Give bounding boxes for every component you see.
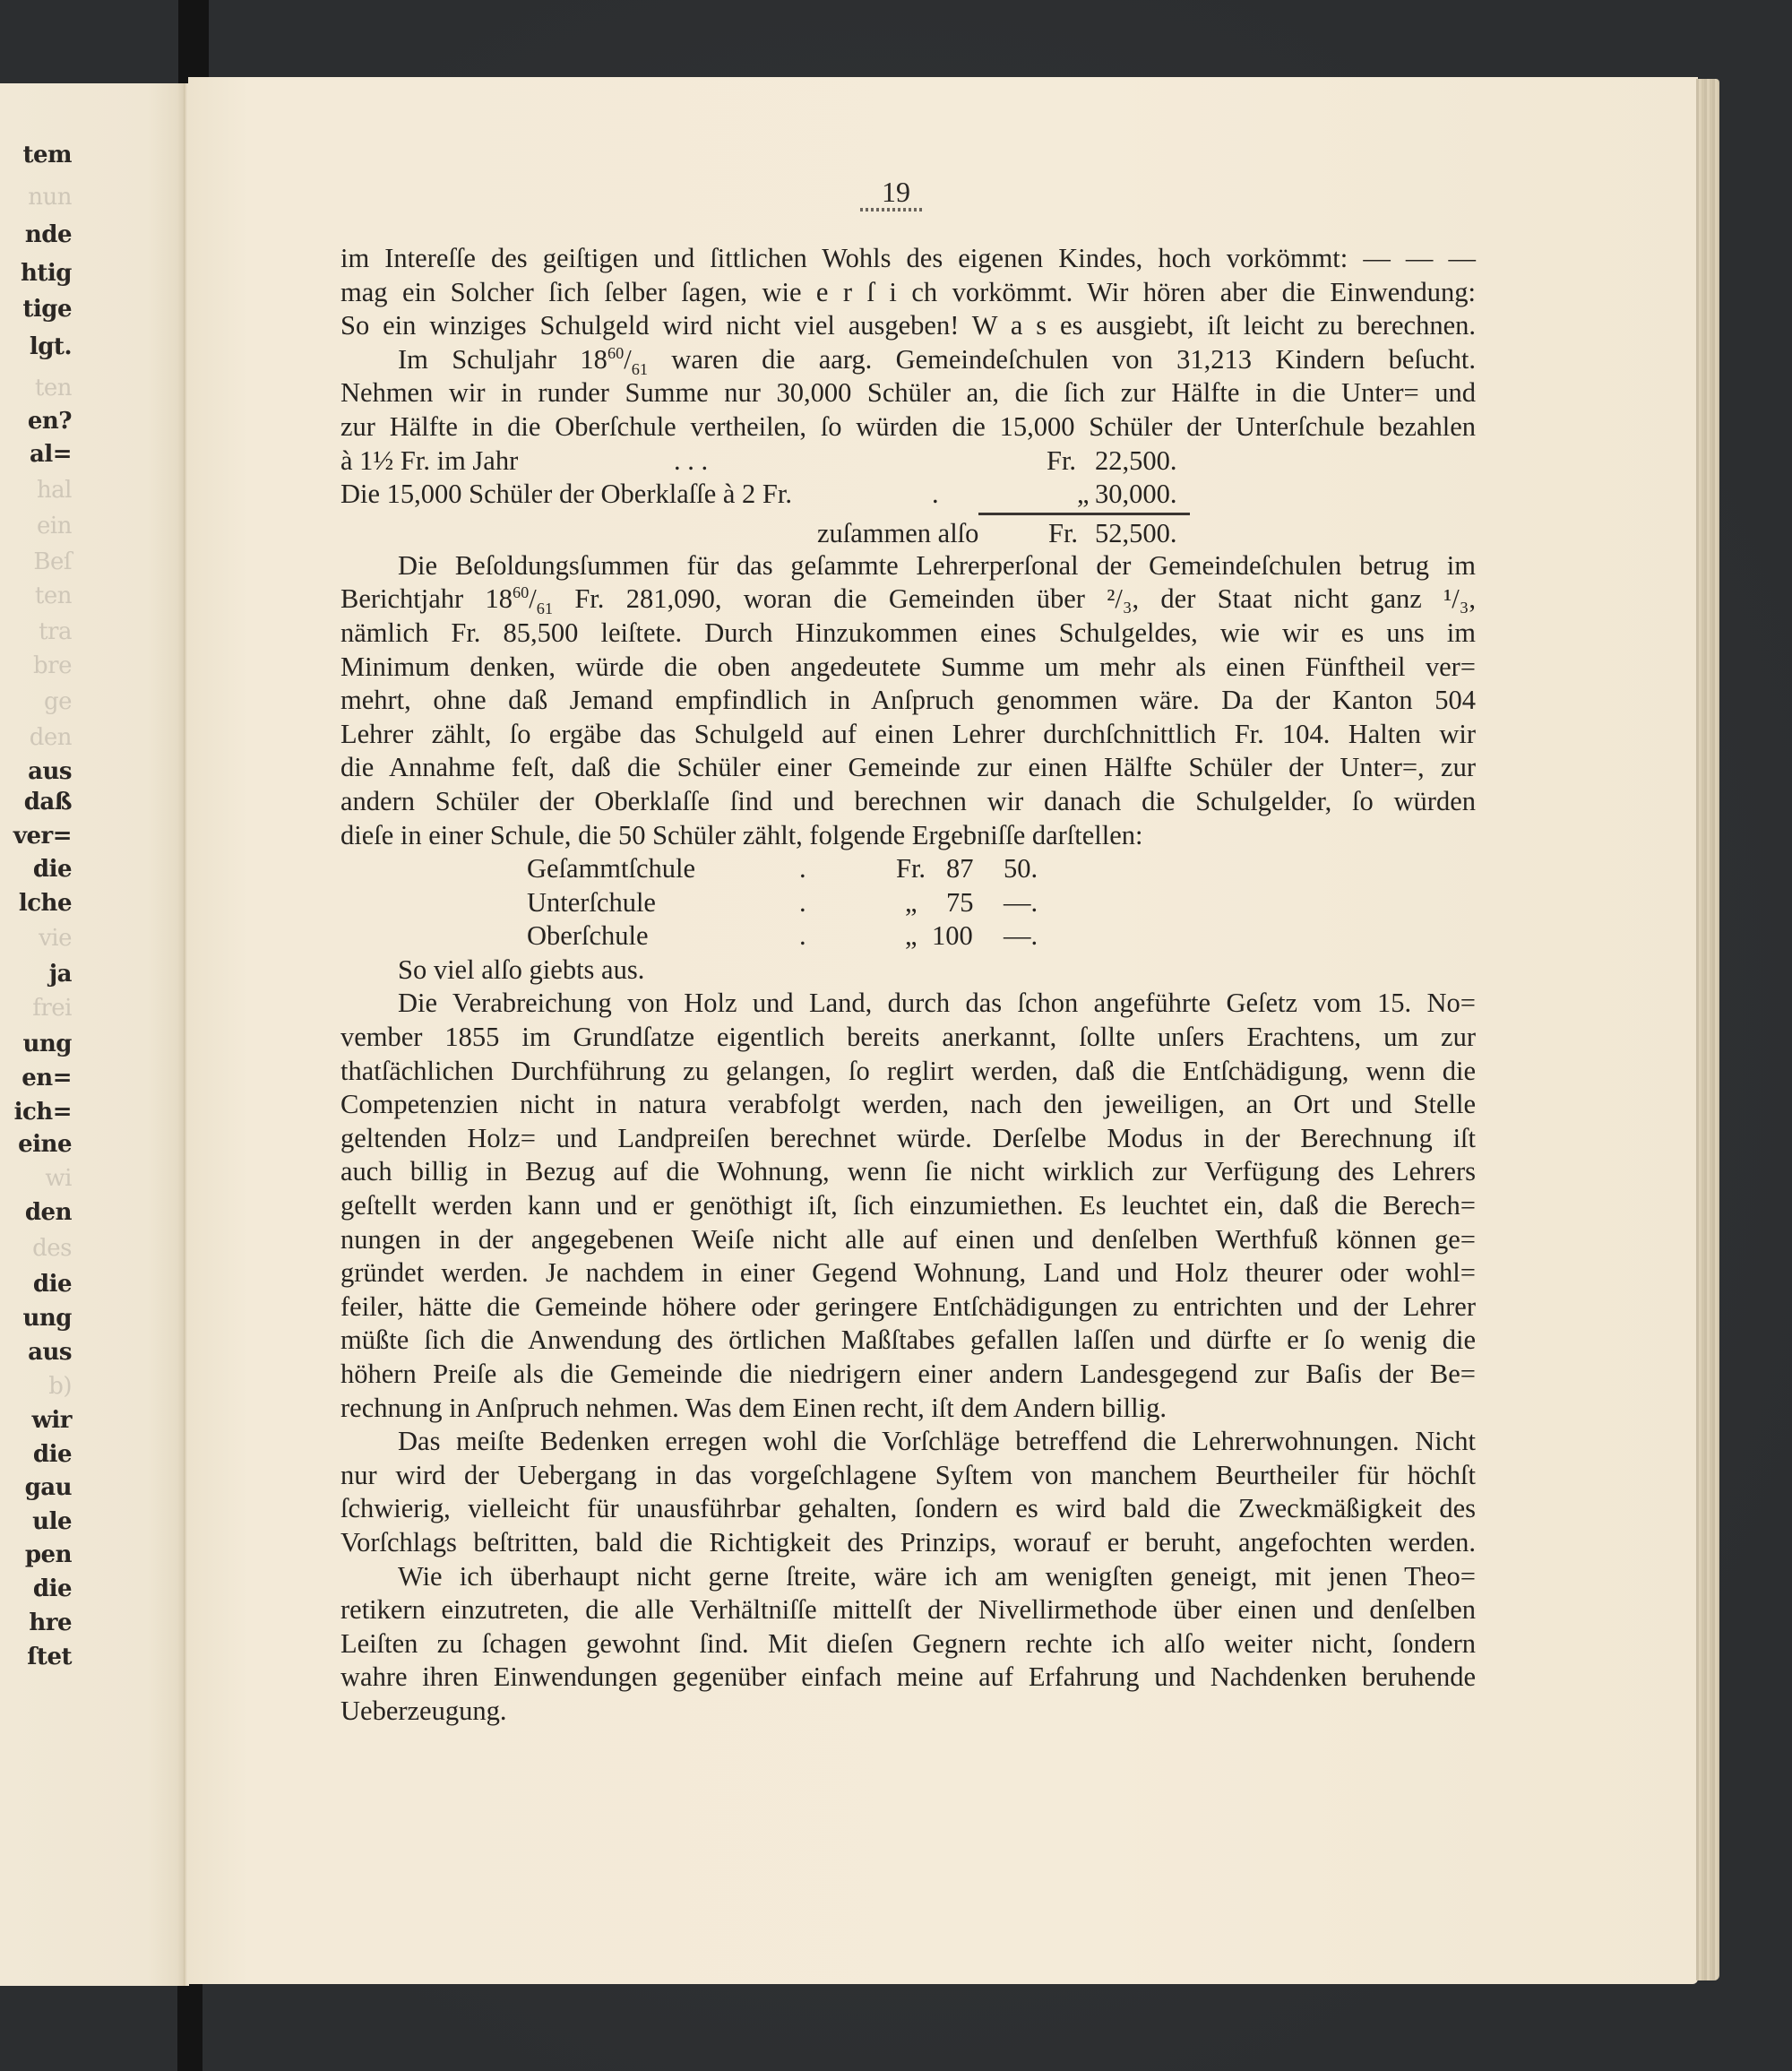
text-line: Berichtjahr 1860/61 Fr. 281,090, woran d… [340, 582, 1476, 617]
text-line: Wie ich überhaupt nicht gerne ſtreite, w… [340, 1560, 1476, 1594]
text-line: müßte ſich die Anwendung des örtlichen M… [340, 1324, 1476, 1358]
text-line: Vorſchlags beſtritten, bald die Richtigk… [340, 1526, 1476, 1560]
previous-page: temnunndehtigtigelgt.tenen?al=haleinBeſt… [0, 83, 185, 1986]
fee-cents: 50. [1004, 852, 1038, 886]
previous-page-fragment: ule [32, 1508, 72, 1535]
text-line: Das meiſte Bedenken erregen wohl die Vor… [340, 1425, 1476, 1459]
previous-page-fragment: ge [44, 688, 72, 715]
text-line: Leiſten zu ſchagen gewohnt ſind. Mit die… [340, 1627, 1476, 1661]
previous-page-fragment: pen [25, 1541, 72, 1568]
text-run: / [529, 583, 536, 614]
calculation-amount: 22,500. [1095, 444, 1177, 479]
previous-page-fragment: nun [28, 184, 72, 211]
previous-page-fragment: gau [25, 1474, 72, 1501]
tuition-calculation: à 1½ Fr. im Jahr . . . Fr. 22,500. Die 1… [340, 444, 1476, 549]
previous-page-fragment: vie [39, 925, 72, 952]
sum-rule [978, 513, 1190, 515]
previous-page-fragment: die [33, 1271, 72, 1298]
text-run: , der Staat nicht ganz [1132, 583, 1443, 614]
paragraph-2: Im Schuljahr 1860/61 waren die aarg. Gem… [340, 343, 1476, 444]
fee-table-row: Geſammtſchule . Fr. 87 50. [340, 852, 1476, 886]
leader-dot: . [799, 852, 806, 886]
total-currency: Fr. [1048, 517, 1078, 551]
text-line: Competenzien nicht in natura verabfolgt … [340, 1088, 1476, 1122]
previous-page-fragment: daß [24, 789, 72, 815]
text-run: Fr. 281,090, woran die Gemeinden über [553, 583, 1107, 614]
text-line: ſchwierig, vielleicht für unausführbar g… [340, 1492, 1476, 1526]
previous-page-text-fragments: temnunndehtigtigelgt.tenen?al=haleinBeſt… [0, 83, 45, 1986]
calculation-currency: Fr. [1047, 444, 1076, 479]
previous-page-fragment: ja [49, 961, 72, 988]
text-line: vember 1855 im Grundſatze eigentlich ber… [340, 1021, 1476, 1055]
previous-page-fragment: en? [28, 408, 72, 435]
total-label: zuſammen alſo [817, 517, 978, 551]
text-line: zur Hälfte in die Oberſchule vertheilen,… [340, 410, 1476, 444]
calculation-amount: 30,000. [1095, 478, 1177, 512]
calculation-currency: „ [1077, 478, 1090, 512]
previous-page-fragment: b) [48, 1373, 72, 1400]
fee-cents: —. [1004, 886, 1038, 920]
superscript: 60 [513, 583, 529, 601]
subscript: 61 [632, 360, 648, 378]
previous-page-fragment: ver= [13, 823, 72, 850]
text-line: im Intereſſe des geiſtigen und ſittliche… [340, 242, 1476, 276]
text-line: höhern Preiſe als die Gemeinde die niedr… [340, 1358, 1476, 1392]
leader-dot: . [799, 919, 806, 954]
text-line: die Annahme feſt, daß die Schüler einer … [340, 751, 1476, 785]
text-line: mehrt, ohne daß Jemand empfindlich in An… [340, 684, 1476, 718]
previous-page-fragment: des [32, 1235, 72, 1262]
text-line: wahre ihren Einwendungen gegenüber einfa… [340, 1661, 1476, 1695]
fee-table-row: Oberſchule . „ 100 —. [340, 919, 1476, 954]
school-fee-table: Geſammtſchule . Fr. 87 50. Unterſchule .… [340, 852, 1476, 987]
superscript: 60 [607, 344, 624, 362]
previous-page-fragment: al= [30, 441, 72, 468]
previous-page-fragment: frei [32, 995, 72, 1022]
text-line: Im Schuljahr 1860/61 waren die aarg. Gem… [340, 343, 1476, 377]
previous-page-fragment: htig [21, 260, 72, 287]
text-line: geſtellt werden kann und er genöthigt iſ… [340, 1189, 1476, 1223]
previous-page-fragment: tige [22, 296, 72, 323]
fee-cents: —. [1004, 919, 1038, 954]
text-line: So viel alſo giebts aus. [340, 954, 1476, 988]
school-type: Oberſchule [527, 919, 649, 954]
text-run: waren die aarg. Gemeindeſchulen von 31,2… [648, 344, 1476, 375]
previous-page-fragment: den [25, 1199, 72, 1226]
previous-page-fragment: tem [22, 142, 72, 168]
text-line: nungen in der angegebenen Weiſe nicht al… [340, 1223, 1476, 1257]
previous-page-fragment: en= [22, 1065, 72, 1092]
calculation-row: à 1½ Fr. im Jahr . . . Fr. 22,500. [340, 444, 1476, 479]
text-line: mag ein Solcher ſich ſelber ſagen, wie e… [340, 276, 1476, 310]
text-line: Minimum denken, würde die oben angedeute… [340, 651, 1476, 685]
previous-page-fragment: lche [19, 890, 72, 917]
leader-dot: . [799, 886, 806, 920]
previous-page-fragment: tra [39, 618, 72, 645]
text-line: Lehrer zählt, ſo ergäbe das Schulgeld au… [340, 718, 1476, 752]
text-line: nur wird der Uebergang in das vorgeſchla… [340, 1459, 1476, 1493]
calculation-row: Die 15,000 Schüler der Oberklaſſe à 2 Fr… [340, 478, 1476, 512]
calculation-label: à 1½ Fr. im Jahr [340, 444, 518, 479]
previous-page-fragment: lgt. [30, 333, 72, 360]
text-run: Im Schuljahr 18 [398, 344, 607, 375]
text-run: Berichtjahr 18 [340, 583, 513, 614]
paragraph-3: Die Beſoldungsſummen für das geſammte Le… [340, 549, 1476, 852]
previous-page-fragment: ein [37, 513, 72, 539]
previous-page-fragment: ten [35, 375, 72, 401]
text-line: thatſächlichen Durchführung zu gelangen,… [340, 1055, 1476, 1089]
page-block-edges [1696, 79, 1719, 1980]
book-spine-bottom [177, 1982, 202, 2071]
page-number: 19 [865, 176, 927, 209]
previous-page-fragment: wir [32, 1407, 72, 1434]
text-line: So ein winziges Schulgeld wird nicht vie… [340, 309, 1476, 343]
fee-currency: „ [905, 919, 918, 954]
previous-page-fragment: eine [18, 1131, 72, 1158]
previous-page-fragment: ſtet [27, 1644, 72, 1670]
calculation-leader-dots: . . . [674, 444, 708, 479]
fee-currency: „ [905, 886, 918, 920]
school-type: Unterſchule [527, 886, 656, 920]
fee-francs: 100 [932, 919, 973, 954]
paragraph-4: Die Verabreichung von Holz und Land, dur… [340, 987, 1476, 1425]
previous-page-fragment: den [30, 724, 72, 751]
book-spine-top [178, 0, 209, 88]
text-line: Die Verabreichung von Holz und Land, dur… [340, 987, 1476, 1021]
text-line: Nehmen wir in runder Summe nur 30,000 Sc… [340, 376, 1476, 410]
page-number-ornament [860, 208, 923, 211]
text-line: gründet werden. Je nachdem in einer Gege… [340, 1256, 1476, 1290]
fee-table-row: Unterſchule . „ 75 —. [340, 886, 1476, 920]
previous-page-fragment: die [33, 1441, 72, 1468]
text-line: Die Beſoldungsſummen für das geſammte Le… [340, 549, 1476, 583]
fee-currency: Fr. [896, 852, 926, 886]
previous-page-fragment: die [33, 1575, 72, 1602]
previous-page-fragment: ten [35, 582, 72, 609]
fee-francs: 87 [946, 852, 974, 886]
paragraph-1: im Intereſſe des geiſtigen und ſittliche… [340, 242, 1476, 343]
previous-page-fragment: ung [23, 1031, 73, 1057]
text-line: auch billig in Bezug auf die Wohnung, we… [340, 1155, 1476, 1189]
previous-page-fragment: die [33, 856, 72, 883]
calculation-leader-dots: . [932, 478, 939, 512]
fee-francs: 75 [946, 886, 974, 920]
calculation-label: Die 15,000 Schüler der Oberklaſſe à 2 Fr… [340, 478, 792, 512]
text-run: / [624, 344, 631, 375]
previous-page-fragment: ich= [14, 1099, 72, 1126]
calculation-total-row: zuſammen alſo Fr. 52,500. [340, 512, 1476, 549]
fraction: ²/₃ [1107, 583, 1132, 614]
previous-page-fragment: ung [23, 1305, 73, 1332]
text-line: andern Schüler der Oberklaſſe ſind und b… [340, 785, 1476, 819]
text-line: rechnung in Anſpruch nehmen. Was dem Ein… [340, 1392, 1476, 1426]
previous-page-fragment: hre [29, 1609, 72, 1636]
fraction: ¹/₃, [1443, 583, 1476, 614]
previous-page-fragment: wi [45, 1165, 72, 1192]
text-line: geltenden Holz= und Landpreiſen berechne… [340, 1122, 1476, 1156]
text-line: feiler, hätte die Gemeinde höhere oder g… [340, 1290, 1476, 1325]
text-line: nämlich Fr. 85,500 leiſtete. Durch Hinzu… [340, 617, 1476, 651]
text-line: dieſe in einer Schule, die 50 Schüler zä… [340, 819, 1476, 853]
previous-page-fragment: bre [33, 652, 72, 679]
total-amount: 52,500. [1095, 517, 1177, 551]
subscript: 61 [537, 600, 553, 617]
previous-page-fragment: aus [28, 758, 72, 785]
page-body: im Intereſſe des geiſtigen und ſittliche… [340, 242, 1476, 1729]
school-type: Geſammtſchule [527, 852, 695, 886]
paragraph-6: Wie ich überhaupt nicht gerne ſtreite, w… [340, 1560, 1476, 1729]
paragraph-5: Das meiſte Bedenken erregen wohl die Vor… [340, 1425, 1476, 1559]
previous-page-fragment: nde [25, 221, 72, 248]
previous-page-fragment: Beſ [33, 548, 72, 575]
text-line: retikern einzutreten, die alle Verhältni… [340, 1593, 1476, 1627]
previous-page-fragment: hal [37, 477, 72, 504]
text-line: Ueberzeugung. [340, 1695, 1476, 1729]
previous-page-fragment: aus [28, 1339, 72, 1366]
